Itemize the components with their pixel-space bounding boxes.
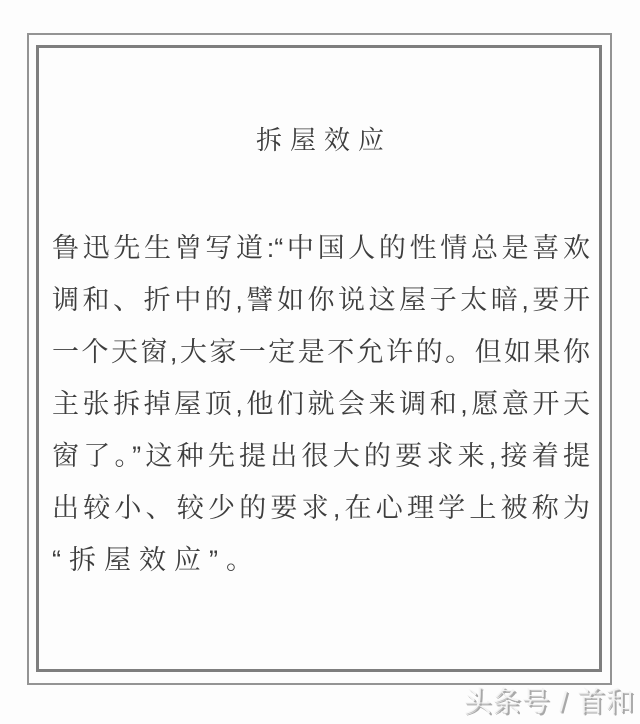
quote-card-page: 拆屋效应 鲁迅先生曾写道:“中国人的性情总是喜欢 调和、折中的,譬如你说这屋子太… <box>0 0 640 724</box>
quote-line-1: 鲁迅先生曾写道:“中国人的性情总是喜欢 <box>52 222 590 274</box>
quote-line-5: 窗了。”这种先提出很大的要求来,接着提 <box>52 430 590 482</box>
quote-line-4: 主张拆掉屋顶,他们就会来调和,愿意开天 <box>52 378 590 430</box>
toutiao-watermark: 头条号 / 首和 <box>464 684 635 720</box>
card-title: 拆屋效应 <box>38 120 602 160</box>
quote-line-3: 一个天窗,大家一定是不允许的。但如果你 <box>52 326 590 378</box>
quote-line-6: 出较小、较少的要求,在心理学上被称为 <box>52 482 590 534</box>
quote-line-7: “拆屋效应”。 <box>52 534 590 586</box>
quote-paragraph: 鲁迅先生曾写道:“中国人的性情总是喜欢 调和、折中的,譬如你说这屋子太暗,要开 … <box>52 222 590 586</box>
quote-line-2: 调和、折中的,譬如你说这屋子太暗,要开 <box>52 274 590 326</box>
